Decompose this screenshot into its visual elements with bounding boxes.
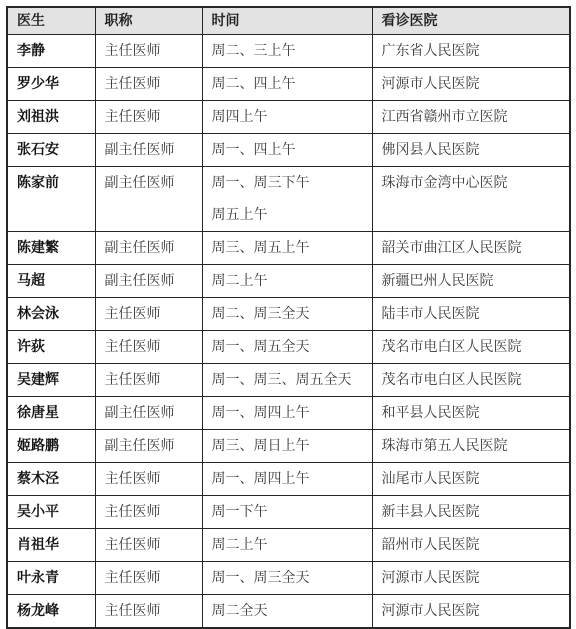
hospital-cell: 汕尾市人民医院 (372, 463, 570, 496)
doctor-schedule-table: 医生 职称 时间 看诊医院 李静主任医师周二、三上午广东省人民医院罗少华主任医师… (6, 6, 571, 629)
hospital-cell: 和平县人民医院 (372, 397, 570, 430)
header-time: 时间 (202, 7, 372, 35)
hospital-cell: 珠海市第五人民医院 (372, 430, 570, 463)
time-cell: 周二上午 (202, 529, 372, 562)
job-title-cell: 主任医师 (95, 496, 202, 529)
time-line: 周一、周三、周五全天 (212, 364, 372, 396)
time-line: 周一、周四上午 (212, 463, 372, 495)
hospital-cell: 茂名市电白区人民医院 (372, 331, 570, 364)
doctor-name-cell: 徐唐星 (7, 397, 95, 430)
doctor-name-cell: 许荻 (7, 331, 95, 364)
doctor-name-cell: 吴建辉 (7, 364, 95, 397)
time-line: 周二上午 (212, 529, 372, 561)
time-cell: 周一、四上午 (202, 134, 372, 167)
doctor-name-cell: 马超 (7, 265, 95, 298)
job-title-cell: 主任医师 (95, 331, 202, 364)
table-header: 医生 职称 时间 看诊医院 (7, 7, 570, 35)
hospital-cell: 韶州市人民医院 (372, 529, 570, 562)
doctor-name-cell: 杨龙峰 (7, 595, 95, 629)
header-hospital: 看诊医院 (372, 7, 570, 35)
job-title-cell: 主任医师 (95, 463, 202, 496)
header-row: 医生 职称 时间 看诊医院 (7, 7, 570, 35)
time-line: 周三、周五上午 (212, 232, 372, 264)
doctor-name-cell: 姬路鹏 (7, 430, 95, 463)
table-row: 罗少华主任医师周二、四上午河源市人民医院 (7, 68, 570, 101)
table-row: 林会泳主任医师周二、周三全天陆丰市人民医院 (7, 298, 570, 331)
time-cell: 周一、周四上午 (202, 463, 372, 496)
hospital-cell: 江西省赣州市立医院 (372, 101, 570, 134)
table-row: 吴小平主任医师周一下午新丰县人民医院 (7, 496, 570, 529)
hospital-cell: 广东省人民医院 (372, 35, 570, 68)
time-line: 周二、周三全天 (212, 298, 372, 330)
time-line: 周二、三上午 (212, 35, 372, 67)
table-row: 马超副主任医师周二上午新疆巴州人民医院 (7, 265, 570, 298)
header-doctor: 医生 (7, 7, 95, 35)
hospital-cell: 珠海市金湾中心医院 (372, 167, 570, 232)
table-row: 刘祖洪主任医师周四上午江西省赣州市立医院 (7, 101, 570, 134)
time-cell: 周三、周日上午 (202, 430, 372, 463)
job-title-cell: 主任医师 (95, 35, 202, 68)
time-line: 周一、周三全天 (212, 562, 372, 594)
job-title-cell: 主任医师 (95, 595, 202, 629)
table-row: 徐唐星副主任医师周一、周四上午和平县人民医院 (7, 397, 570, 430)
job-title-cell: 副主任医师 (95, 397, 202, 430)
time-cell: 周一、周三、周五全天 (202, 364, 372, 397)
hospital-cell: 佛冈县人民医院 (372, 134, 570, 167)
time-line: 周一下午 (212, 496, 372, 528)
time-line: 周一、四上午 (212, 134, 372, 166)
hospital-cell: 河源市人民医院 (372, 68, 570, 101)
job-title-cell: 主任医师 (95, 562, 202, 595)
job-title-cell: 主任医师 (95, 101, 202, 134)
time-line: 周一、周四上午 (212, 397, 372, 429)
hospital-cell: 新疆巴州人民医院 (372, 265, 570, 298)
time-cell: 周一下午 (202, 496, 372, 529)
time-line: 周一、周五全天 (212, 331, 372, 363)
hospital-cell: 韶关市曲江区人民医院 (372, 232, 570, 265)
time-line: 周一、周三下午 (212, 167, 372, 199)
hospital-cell: 河源市人民医院 (372, 562, 570, 595)
time-cell: 周一、周五全天 (202, 331, 372, 364)
header-title: 职称 (95, 7, 202, 35)
table-row: 许荻主任医师周一、周五全天茂名市电白区人民医院 (7, 331, 570, 364)
job-title-cell: 主任医师 (95, 68, 202, 101)
time-cell: 周一、周三全天 (202, 562, 372, 595)
time-cell: 周四上午 (202, 101, 372, 134)
time-cell: 周二上午 (202, 265, 372, 298)
doctor-name-cell: 罗少华 (7, 68, 95, 101)
job-title-cell: 副主任医师 (95, 265, 202, 298)
table-row: 蔡木泾主任医师周一、周四上午汕尾市人民医院 (7, 463, 570, 496)
time-cell: 周三、周五上午 (202, 232, 372, 265)
job-title-cell: 主任医师 (95, 298, 202, 331)
table-row: 叶永青主任医师周一、周三全天河源市人民医院 (7, 562, 570, 595)
job-title-cell: 主任医师 (95, 529, 202, 562)
time-line: 周二上午 (212, 265, 372, 297)
time-cell: 周二、周三全天 (202, 298, 372, 331)
job-title-cell: 副主任医师 (95, 167, 202, 232)
table-row: 姬路鹏副主任医师周三、周日上午珠海市第五人民医院 (7, 430, 570, 463)
table-row: 杨龙峰主任医师周二全天河源市人民医院 (7, 595, 570, 629)
doctor-name-cell: 蔡木泾 (7, 463, 95, 496)
table-row: 吴建辉主任医师周一、周三、周五全天茂名市电白区人民医院 (7, 364, 570, 397)
doctor-name-cell: 吴小平 (7, 496, 95, 529)
doctor-name-cell: 叶永青 (7, 562, 95, 595)
time-cell: 周一、周三下午周五上午 (202, 167, 372, 232)
doctor-name-cell: 林会泳 (7, 298, 95, 331)
time-line: 周四上午 (212, 101, 372, 133)
time-cell: 周二、三上午 (202, 35, 372, 68)
table-row: 张石安副主任医师周一、四上午佛冈县人民医院 (7, 134, 570, 167)
job-title-cell: 副主任医师 (95, 232, 202, 265)
job-title-cell: 副主任医师 (95, 134, 202, 167)
time-line: 周二、四上午 (212, 68, 372, 100)
time-line: 周三、周日上午 (212, 430, 372, 462)
table-body: 李静主任医师周二、三上午广东省人民医院罗少华主任医师周二、四上午河源市人民医院刘… (7, 35, 570, 629)
table-row: 李静主任医师周二、三上午广东省人民医院 (7, 35, 570, 68)
table-row: 陈建繁副主任医师周三、周五上午韶关市曲江区人民医院 (7, 232, 570, 265)
time-line: 周二全天 (212, 595, 372, 627)
hospital-cell: 新丰县人民医院 (372, 496, 570, 529)
time-cell: 周一、周四上午 (202, 397, 372, 430)
doctor-name-cell: 陈建繁 (7, 232, 95, 265)
time-line: 周五上午 (212, 199, 372, 231)
doctor-name-cell: 刘祖洪 (7, 101, 95, 134)
time-cell: 周二、四上午 (202, 68, 372, 101)
hospital-cell: 河源市人民医院 (372, 595, 570, 629)
table-row: 肖祖华主任医师周二上午韶州市人民医院 (7, 529, 570, 562)
doctor-name-cell: 张石安 (7, 134, 95, 167)
job-title-cell: 副主任医师 (95, 430, 202, 463)
job-title-cell: 主任医师 (95, 364, 202, 397)
page: 医生 职称 时间 看诊医院 李静主任医师周二、三上午广东省人民医院罗少华主任医师… (0, 0, 576, 613)
time-cell: 周二全天 (202, 595, 372, 629)
doctor-name-cell: 李静 (7, 35, 95, 68)
doctor-name-cell: 陈家前 (7, 167, 95, 232)
hospital-cell: 陆丰市人民医院 (372, 298, 570, 331)
doctor-name-cell: 肖祖华 (7, 529, 95, 562)
table-row: 陈家前副主任医师周一、周三下午周五上午珠海市金湾中心医院 (7, 167, 570, 232)
hospital-cell: 茂名市电白区人民医院 (372, 364, 570, 397)
